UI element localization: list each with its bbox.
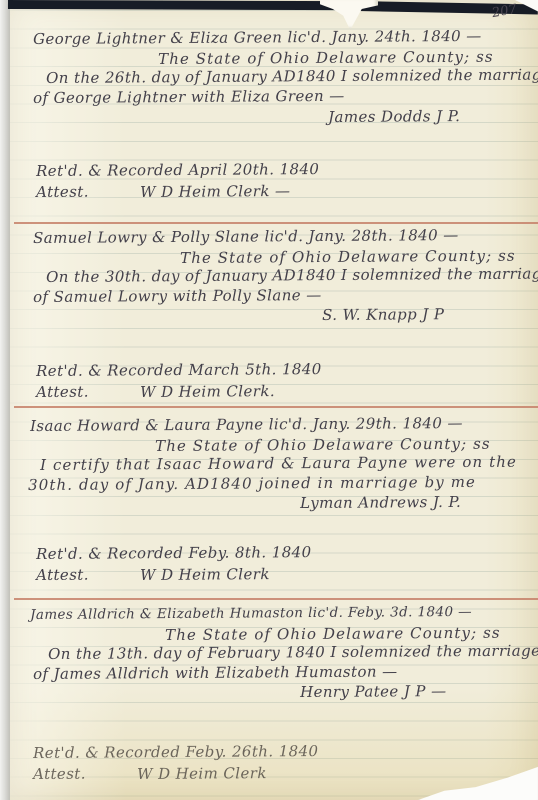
- return-recorded-line: Ret'd. & Recorded March 5th. 1840: [36, 360, 322, 380]
- record-body-line: 30th. day of Jany. AD1840 joined in marr…: [28, 473, 476, 494]
- attest-label: Attest.: [36, 183, 89, 201]
- officiant-signature: Lyman Andrews J. P.: [300, 493, 461, 512]
- record-body-line: I certify that Isaac Howard & Laura Payn…: [40, 453, 517, 474]
- return-recorded-line: Ret'd. & Recorded Feby. 8th. 1840: [36, 543, 312, 563]
- record-divider-rule: [14, 598, 538, 600]
- record-divider-rule: [14, 406, 538, 408]
- top-binding-band: [8, 0, 348, 10]
- record-heading: George Lightner & Eliza Green lic'd. Jan…: [33, 27, 482, 48]
- clerk-signature: W D Heim Clerk —: [140, 182, 290, 201]
- record-heading: James Alldrich & Elizabeth Humaston lic'…: [30, 604, 472, 623]
- officiant-signature: James Dodds J P.: [328, 107, 460, 126]
- record-body-line: of James Alldrich with Elizabeth Humasto…: [33, 662, 398, 683]
- record-body-line: On the 13th. day of February 1840 I sole…: [48, 642, 538, 663]
- clerk-signature: W D Heim Clerk: [140, 565, 270, 584]
- attest-label: Attest.: [36, 566, 89, 584]
- clerk-signature: W D Heim Clerk: [137, 764, 267, 783]
- jurisdiction-line: The State of Ohio Delaware County; ss: [155, 435, 491, 455]
- return-recorded-line: Ret'd. & Recorded Feby. 26th. 1840: [33, 742, 318, 762]
- ledger-page-scan: 207 George Lightner & Eliza Green lic'd.…: [0, 0, 538, 800]
- clerk-signature: W D Heim Clerk.: [140, 382, 275, 401]
- record-heading: Isaac Howard & Laura Payne lic'd. Jany. …: [30, 414, 463, 435]
- record-body-line: On the 30th. day of January AD1840 I sol…: [46, 264, 538, 286]
- officiant-signature: Henry Patee J P —: [300, 682, 447, 701]
- record-divider-rule: [14, 222, 538, 224]
- officiant-signature: S. W. Knapp J P: [322, 305, 444, 324]
- attest-label: Attest.: [36, 383, 89, 401]
- jurisdiction-line: The State of Ohio Delaware County; ss: [180, 247, 516, 267]
- jurisdiction-line: The State of Ohio Delaware County; ss: [165, 624, 501, 644]
- attest-label: Attest.: [33, 765, 86, 783]
- record-body-line: of Samuel Lowry with Polly Slane —: [33, 286, 322, 306]
- record-heading: Samuel Lowry & Polly Slane lic'd. Jany. …: [33, 226, 459, 247]
- record-body-line: of George Lightner with Eliza Green —: [33, 87, 345, 107]
- record-body-line: On the 26th. day of January AD1840 I sol…: [46, 65, 538, 87]
- jurisdiction-line: The State of Ohio Delaware County; ss: [158, 48, 494, 68]
- return-recorded-line: Ret'd. & Recorded April 20th. 1840: [36, 160, 319, 180]
